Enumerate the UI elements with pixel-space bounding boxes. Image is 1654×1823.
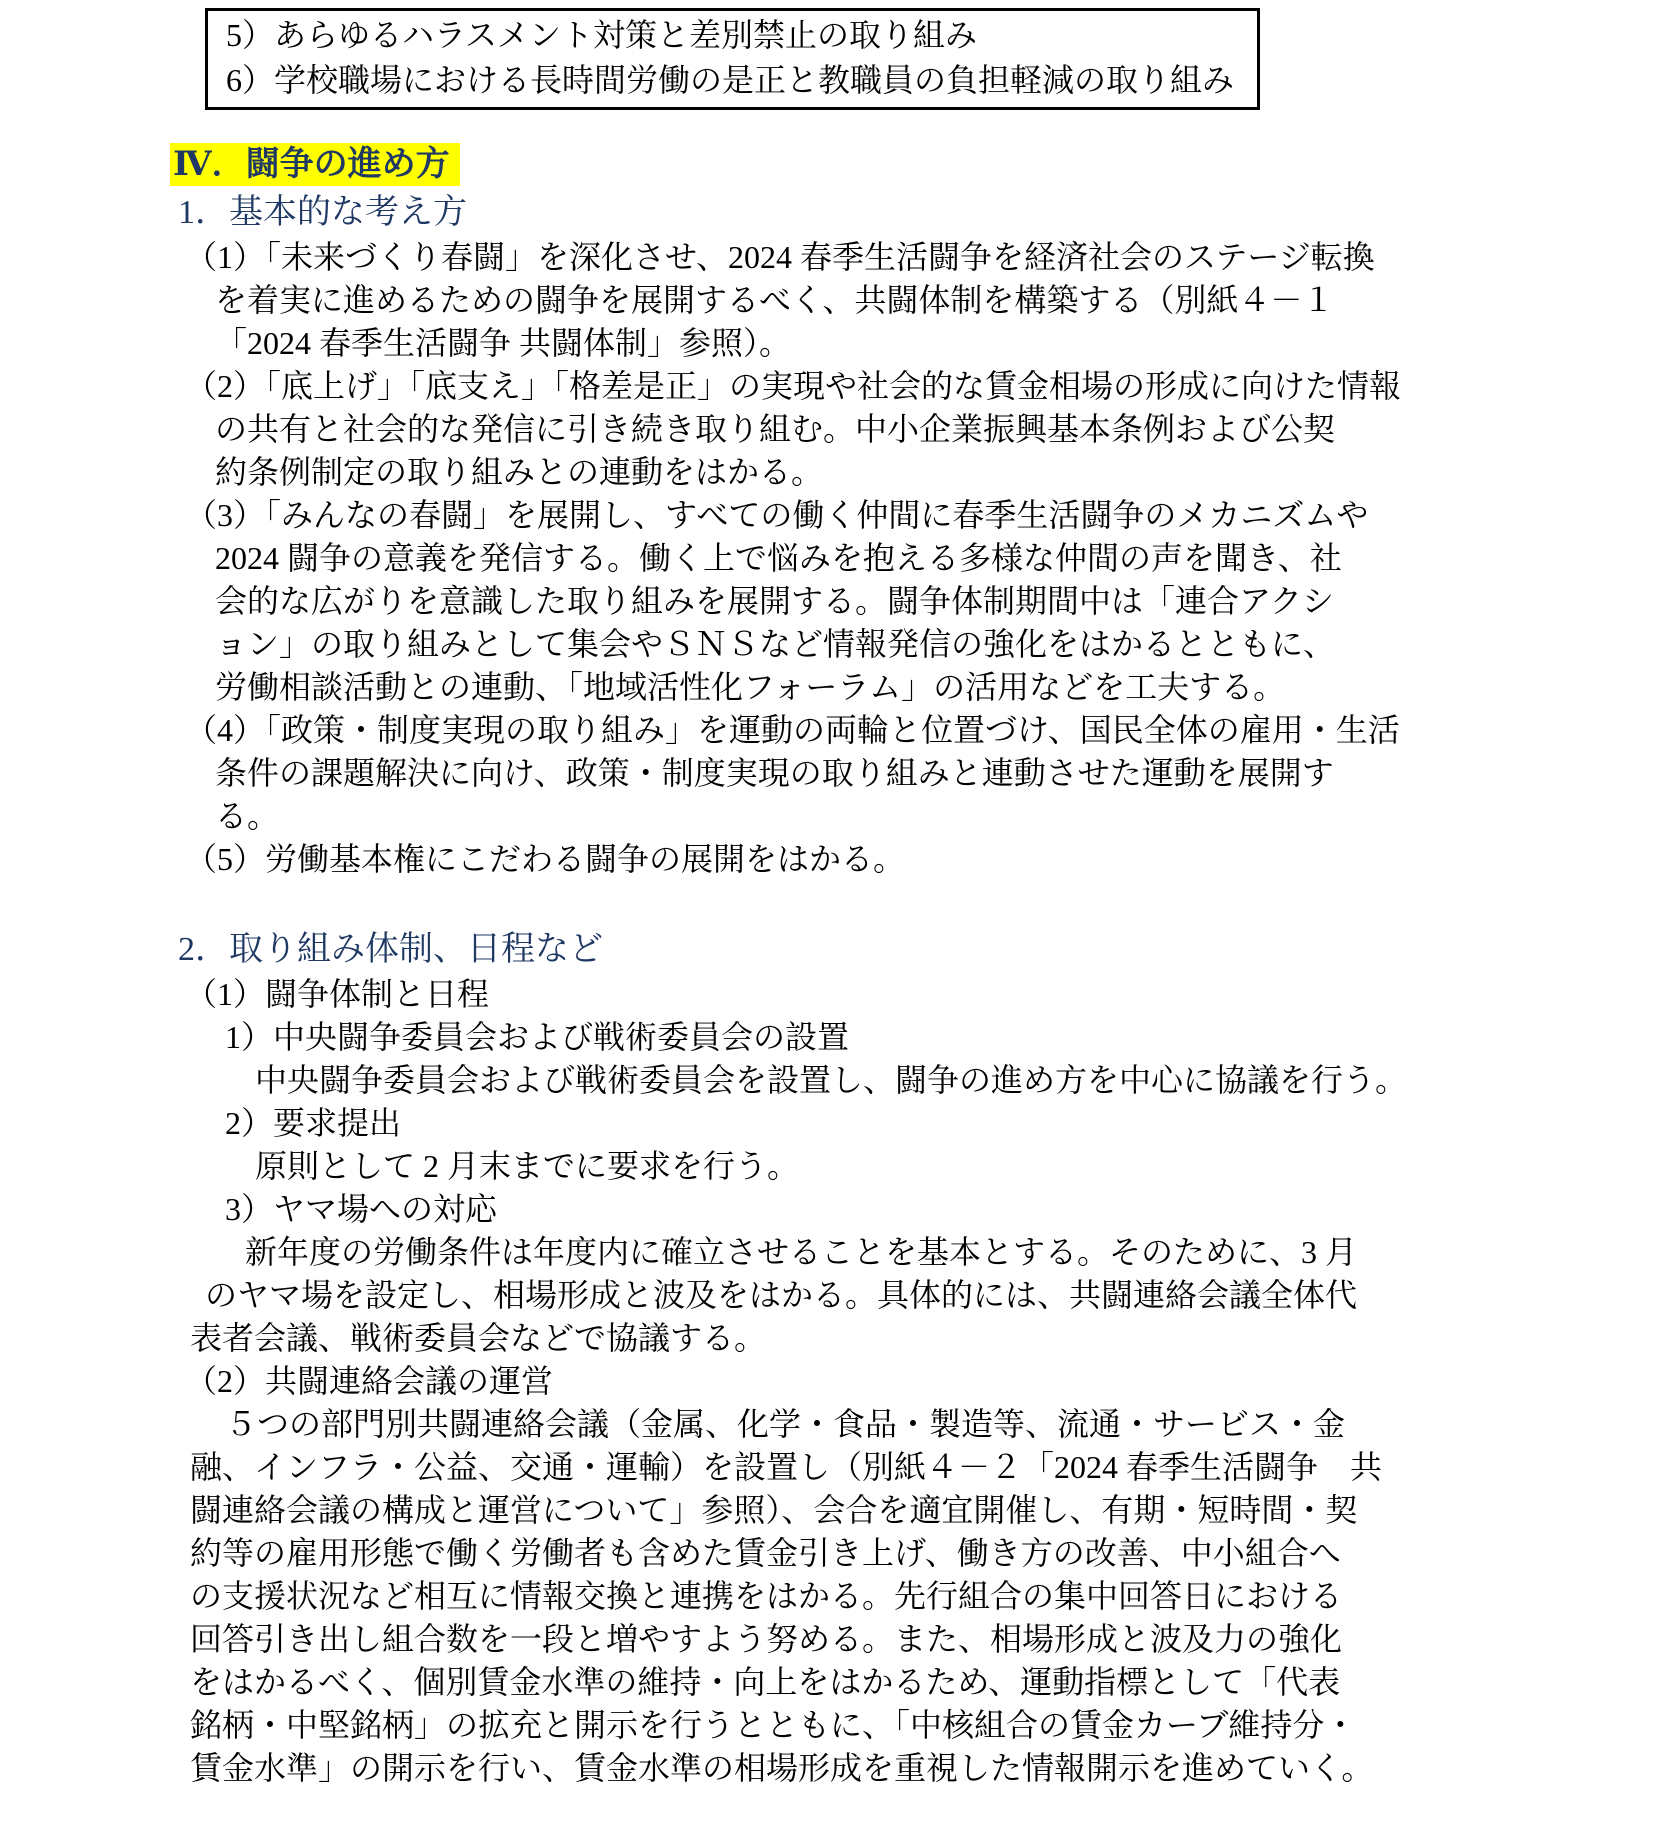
text-line: 新年度の労働条件は年度内に確立させることを基本とする。そのために、3 月 — [170, 1231, 1654, 1274]
text-line: ５つの部門別共闘連絡会議（金属、化学・食品・製造等、流通・サービス・金 — [170, 1403, 1654, 1446]
text-line: 銘柄・中堅銘柄」の拡充と開示を行うとともに、「中核組合の賃金カーブ維持分・ — [170, 1704, 1654, 1747]
text-line: 労働相談活動との連動、「地域活性化フォーラム」の活用などを工夫する。 — [170, 666, 1654, 709]
section-heading-row: Ⅳ．闘争の進め方 — [170, 140, 1654, 190]
text-line: ョン」の取り組みとして集会やＳＮＳなど情報発信の強化をはかるとともに、 — [170, 623, 1654, 666]
subsection-1-heading: 1．基本的な考え方 — [170, 190, 1654, 236]
subsection-1-body: （1）「未来づくり春闘」を深化させ、2024 春季生活闘争を経済社会のステージ転… — [170, 236, 1654, 881]
text-line: 2）要求提出 — [170, 1102, 1654, 1145]
text-line: 1）中央闘争委員会および戦術委員会の設置 — [170, 1016, 1654, 1059]
text-line: 賃金水準」の開示を行い、賃金水準の相場形成を重視した情報開示を進めていく。 — [170, 1747, 1654, 1790]
text-line: 3）ヤマ場への対応 — [170, 1188, 1654, 1231]
text-line: 闘連絡会議の構成と運営について」参照）、会合を適宜開催し、有期・短時間・契 — [170, 1489, 1654, 1532]
text-line: 回答引き出し組合数を一段と増やすよう努める。また、相場形成と波及力の強化 — [170, 1618, 1654, 1661]
text-line: 融、インフラ・公益、交通・運輸）を設置し（別紙４－２「2024 春季生活闘争 共 — [170, 1446, 1654, 1489]
text-line: 条件の課題解決に向け、政策・制度実現の取り組みと連動させた運動を展開す — [170, 752, 1654, 795]
box-line: 6）学校職場における長時間労働の是正と教職員の負担軽減の取り組み — [226, 58, 1257, 103]
text-line: の支援状況など相互に情報交換と連携をはかる。先行組合の集中回答日における — [170, 1575, 1654, 1618]
text-line: の共有と社会的な発信に引き続き取り組む。中小企業振興基本条例および公契 — [170, 408, 1654, 451]
text-line: （4）「政策・制度実現の取り組み」を運動の両輪と位置づけ、国民全体の雇用・生活 — [170, 709, 1654, 752]
text-line: 「2024 春季生活闘争 共闘体制」参照）。 — [170, 322, 1654, 365]
text-line: をはかるべく、個別賃金水準の維持・向上をはかるため、運動指標として「代表 — [170, 1661, 1654, 1704]
text-line: る。 — [170, 795, 1654, 838]
text-line: 中央闘争委員会および戦術委員会を設置し、闘争の進め方を中心に協議を行う。 — [170, 1059, 1654, 1102]
text-line: （1）闘争体制と日程 — [170, 973, 1654, 1016]
text-line: 約等の雇用形態で働く労働者も含めた賃金引き上げ、働き方の改善、中小組合へ — [170, 1532, 1654, 1575]
text-line: （3）「みんなの春闘」を展開し、すべての働く仲間に春季生活闘争のメカニズムや — [170, 494, 1654, 537]
summary-box: 5）あらゆるハラスメント対策と差別禁止の取り組み 6）学校職場における長時間労働… — [205, 8, 1260, 110]
box-line: 5）あらゆるハラスメント対策と差別禁止の取り組み — [226, 13, 1257, 58]
text-line: 会的な広がりを意識した取り組みを展開する。闘争体制期間中は「連合アクシ — [170, 580, 1654, 623]
document-page: 5）あらゆるハラスメント対策と差別禁止の取り組み 6）学校職場における長時間労働… — [0, 0, 1654, 1790]
text-line: 原則として 2 月末までに要求を行う。 — [170, 1145, 1654, 1188]
text-line: 2024 闘争の意義を発信する。働く上で悩みを抱える多様な仲間の声を聞き、社 — [170, 537, 1654, 580]
text-line: 表者会議、戦術委員会などで協議する。 — [170, 1317, 1654, 1360]
text-line: 約条例制定の取り組みとの連動をはかる。 — [170, 451, 1654, 494]
subsection-2-heading: 2．取り組み体制、日程など — [170, 927, 1654, 973]
text-line: を着実に進めるための闘争を展開するべく、共闘体制を構築する（別紙４－１ — [170, 279, 1654, 322]
text-line: （2）共闘連絡会議の運営 — [170, 1360, 1654, 1403]
subsection-2-body: （1）闘争体制と日程1）中央闘争委員会および戦術委員会の設置中央闘争委員会および… — [170, 973, 1654, 1790]
text-line: のヤマ場を設定し、相場形成と波及をはかる。具体的には、共闘連絡会議全体代 — [170, 1274, 1654, 1317]
text-line: （1）「未来づくり春闘」を深化させ、2024 春季生活闘争を経済社会のステージ転… — [170, 236, 1654, 279]
section-heading-highlighted: Ⅳ．闘争の進め方 — [170, 143, 460, 186]
text-line: （2）「底上げ」「底支え」「格差是正」の実現や社会的な賃金相場の形成に向けた情報 — [170, 365, 1654, 408]
text-line: （5）労働基本権にこだわる闘争の展開をはかる。 — [170, 838, 1654, 881]
